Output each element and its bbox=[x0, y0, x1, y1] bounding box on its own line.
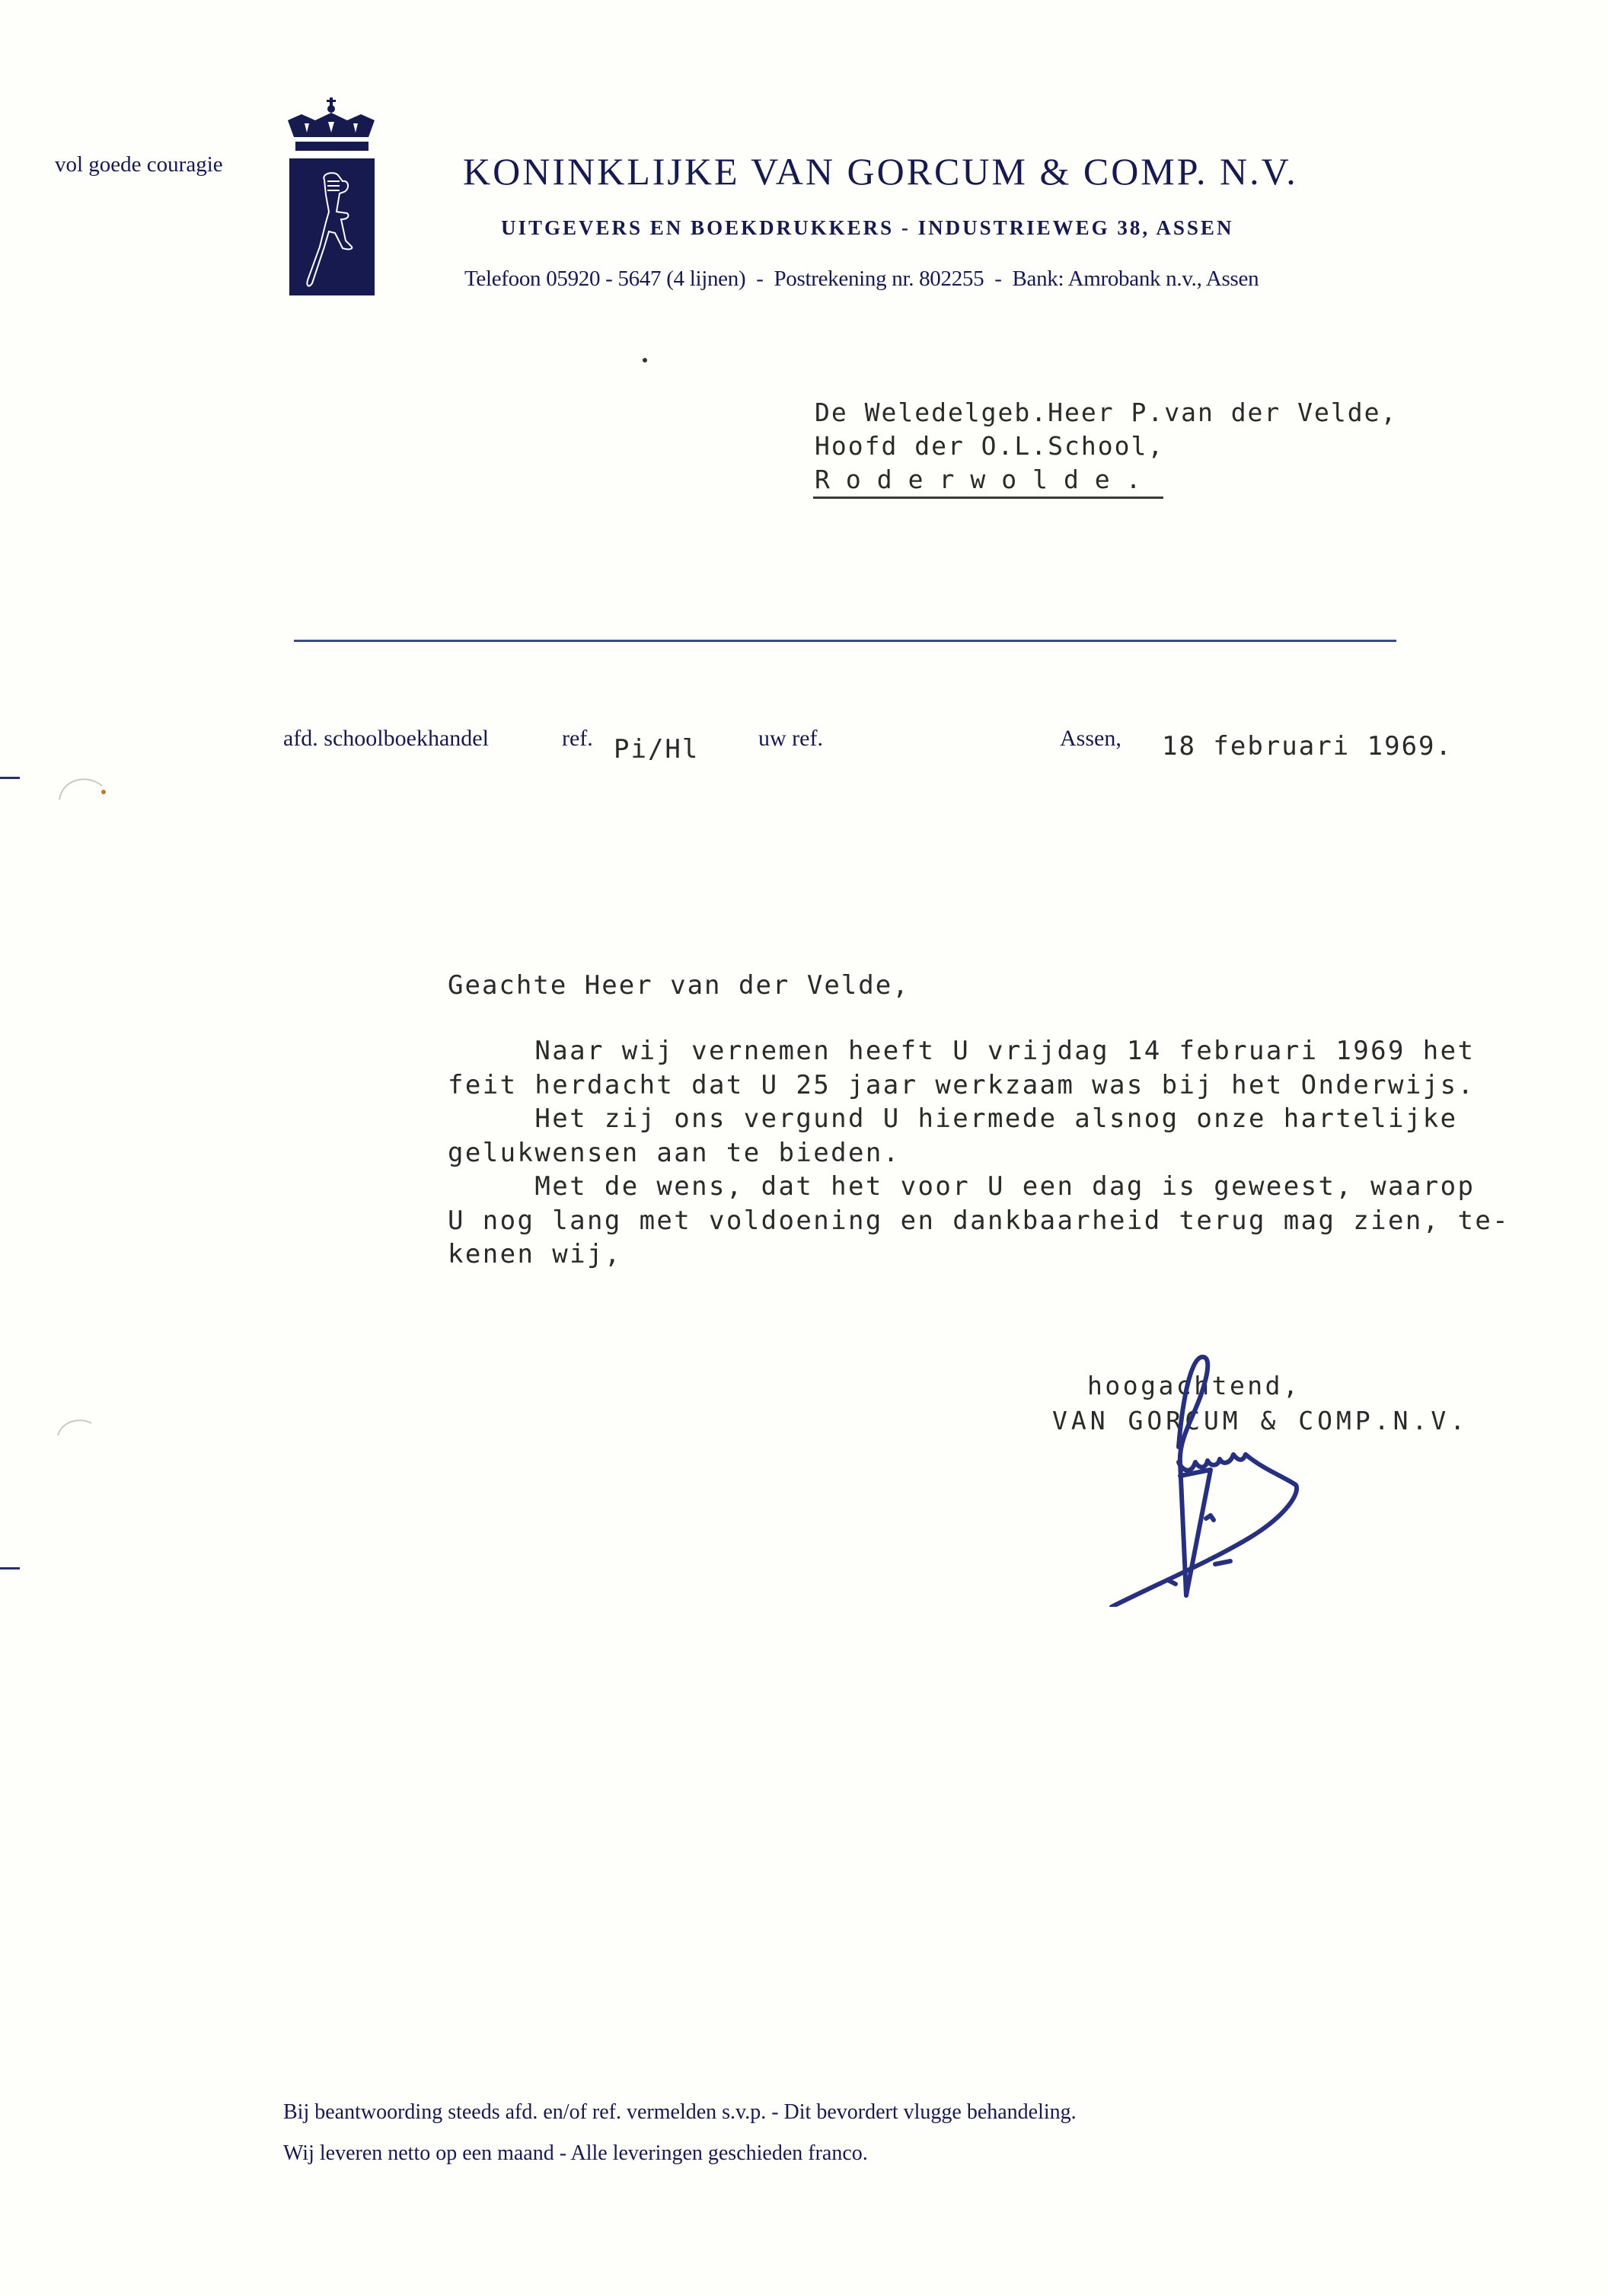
company-subtitle: UITGEVERS EN BOEKDRUKKERS - INDUSTRIEWEG… bbox=[501, 216, 1233, 240]
fold-mark bbox=[0, 1567, 20, 1570]
fold-mark bbox=[0, 777, 20, 779]
crown-and-figure-emblem-icon bbox=[286, 97, 378, 295]
ref-label: ref. bbox=[562, 726, 593, 752]
handwritten-signature-icon bbox=[1096, 1348, 1340, 1607]
motto: vol goede couragie bbox=[55, 152, 223, 177]
ref-value: Pi/Hl bbox=[614, 734, 699, 765]
recipient-name: De Weledelgeb.Heer P.van der Velde, bbox=[815, 398, 1397, 427]
header-separator bbox=[294, 640, 1396, 642]
footer-delivery-terms: Wij leveren netto op een maand - Alle le… bbox=[283, 2141, 868, 2166]
department-label: afd. schoolboekhandel bbox=[283, 726, 489, 752]
letter-date: 18 februari 1969. bbox=[1162, 731, 1453, 762]
company-contact-line: Telefoon 05920 - 5647 (4 lijnen) - Postr… bbox=[464, 267, 1259, 292]
footer-reply-note: Bij beantwoording steeds afd. en/of ref.… bbox=[283, 2100, 1077, 2125]
letter-body: Naar wij vernemen heeft U vrijdag 14 feb… bbox=[448, 1034, 1510, 1272]
paper-speck bbox=[643, 358, 647, 362]
recipient-place-underline bbox=[813, 497, 1163, 499]
punch-hole-trace bbox=[53, 1413, 99, 1443]
punch-hole-trace bbox=[55, 769, 108, 807]
place-label: Assen, bbox=[1060, 726, 1121, 752]
company-name: KONINKLIJKE VAN GORCUM & COMP. N.V. bbox=[463, 149, 1298, 193]
recipient-place: Roderwolde. bbox=[815, 465, 1157, 494]
recipient-title: Hoofd der O.L.School, bbox=[815, 431, 1164, 461]
salutation: Geachte Heer van der Velde, bbox=[448, 970, 910, 1001]
your-ref-label: uw ref. bbox=[758, 726, 823, 752]
